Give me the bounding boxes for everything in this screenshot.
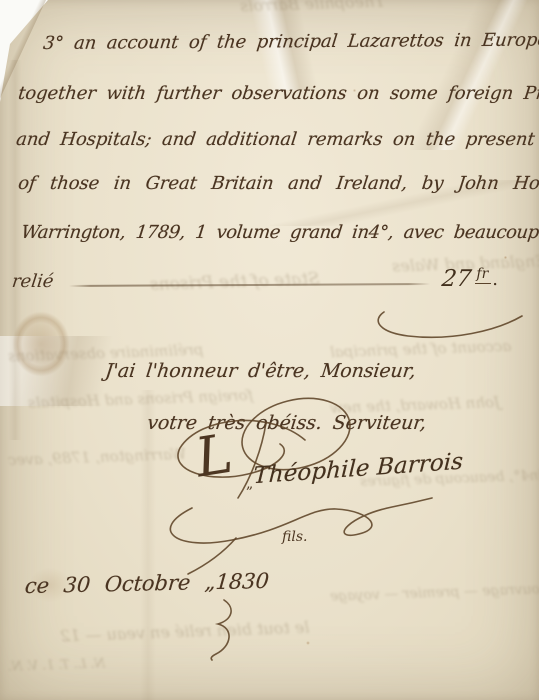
- verso-show-through: N. L. T. 1. V. N.: [8, 656, 106, 674]
- signature-suffix: fils.: [282, 529, 307, 545]
- signature-flourish: [140, 388, 470, 598]
- manuscript-line-5: Warrington, 1789, 1 volume grand in4°, a…: [20, 222, 539, 243]
- date-line: ce 30 Octobre „1830: [24, 569, 270, 598]
- letter-sheet: State of the Prisons England and Wales p…: [0, 0, 539, 700]
- price-rule-line: [69, 283, 430, 287]
- price-period: .: [492, 269, 498, 290]
- manuscript-line-1: 3° an account of the principal Lazaretto…: [42, 29, 539, 54]
- closing-line-1: J'ai l'honneur d'être, Monsieur,: [104, 360, 417, 382]
- price-currency: fr: [475, 266, 491, 284]
- swash-stroke: [378, 312, 522, 337]
- manuscript-line-4: of those in Great Britain and Ireland, b…: [17, 173, 539, 194]
- manuscript-line-2: together with further observations on so…: [17, 83, 539, 104]
- verso-show-through: le tout bien relié en veau — 12: [60, 618, 310, 646]
- price-amount: 27: [441, 266, 473, 292]
- ink-swash: [368, 306, 528, 346]
- manuscript-line-3: and Hospitals; and additional remarks on…: [15, 129, 539, 150]
- date-flourish: [206, 598, 236, 660]
- binding-label: relié: [11, 271, 55, 292]
- verso-show-through: Théophile Barrois: [240, 0, 386, 16]
- date-flourish-stroke: [211, 600, 231, 660]
- signature-block: L „ Théophile Barrois fils.: [140, 388, 470, 598]
- scanned-letter-view: State of the Prisons England and Wales p…: [0, 0, 539, 700]
- price-line: relié 27 fr .: [12, 266, 498, 292]
